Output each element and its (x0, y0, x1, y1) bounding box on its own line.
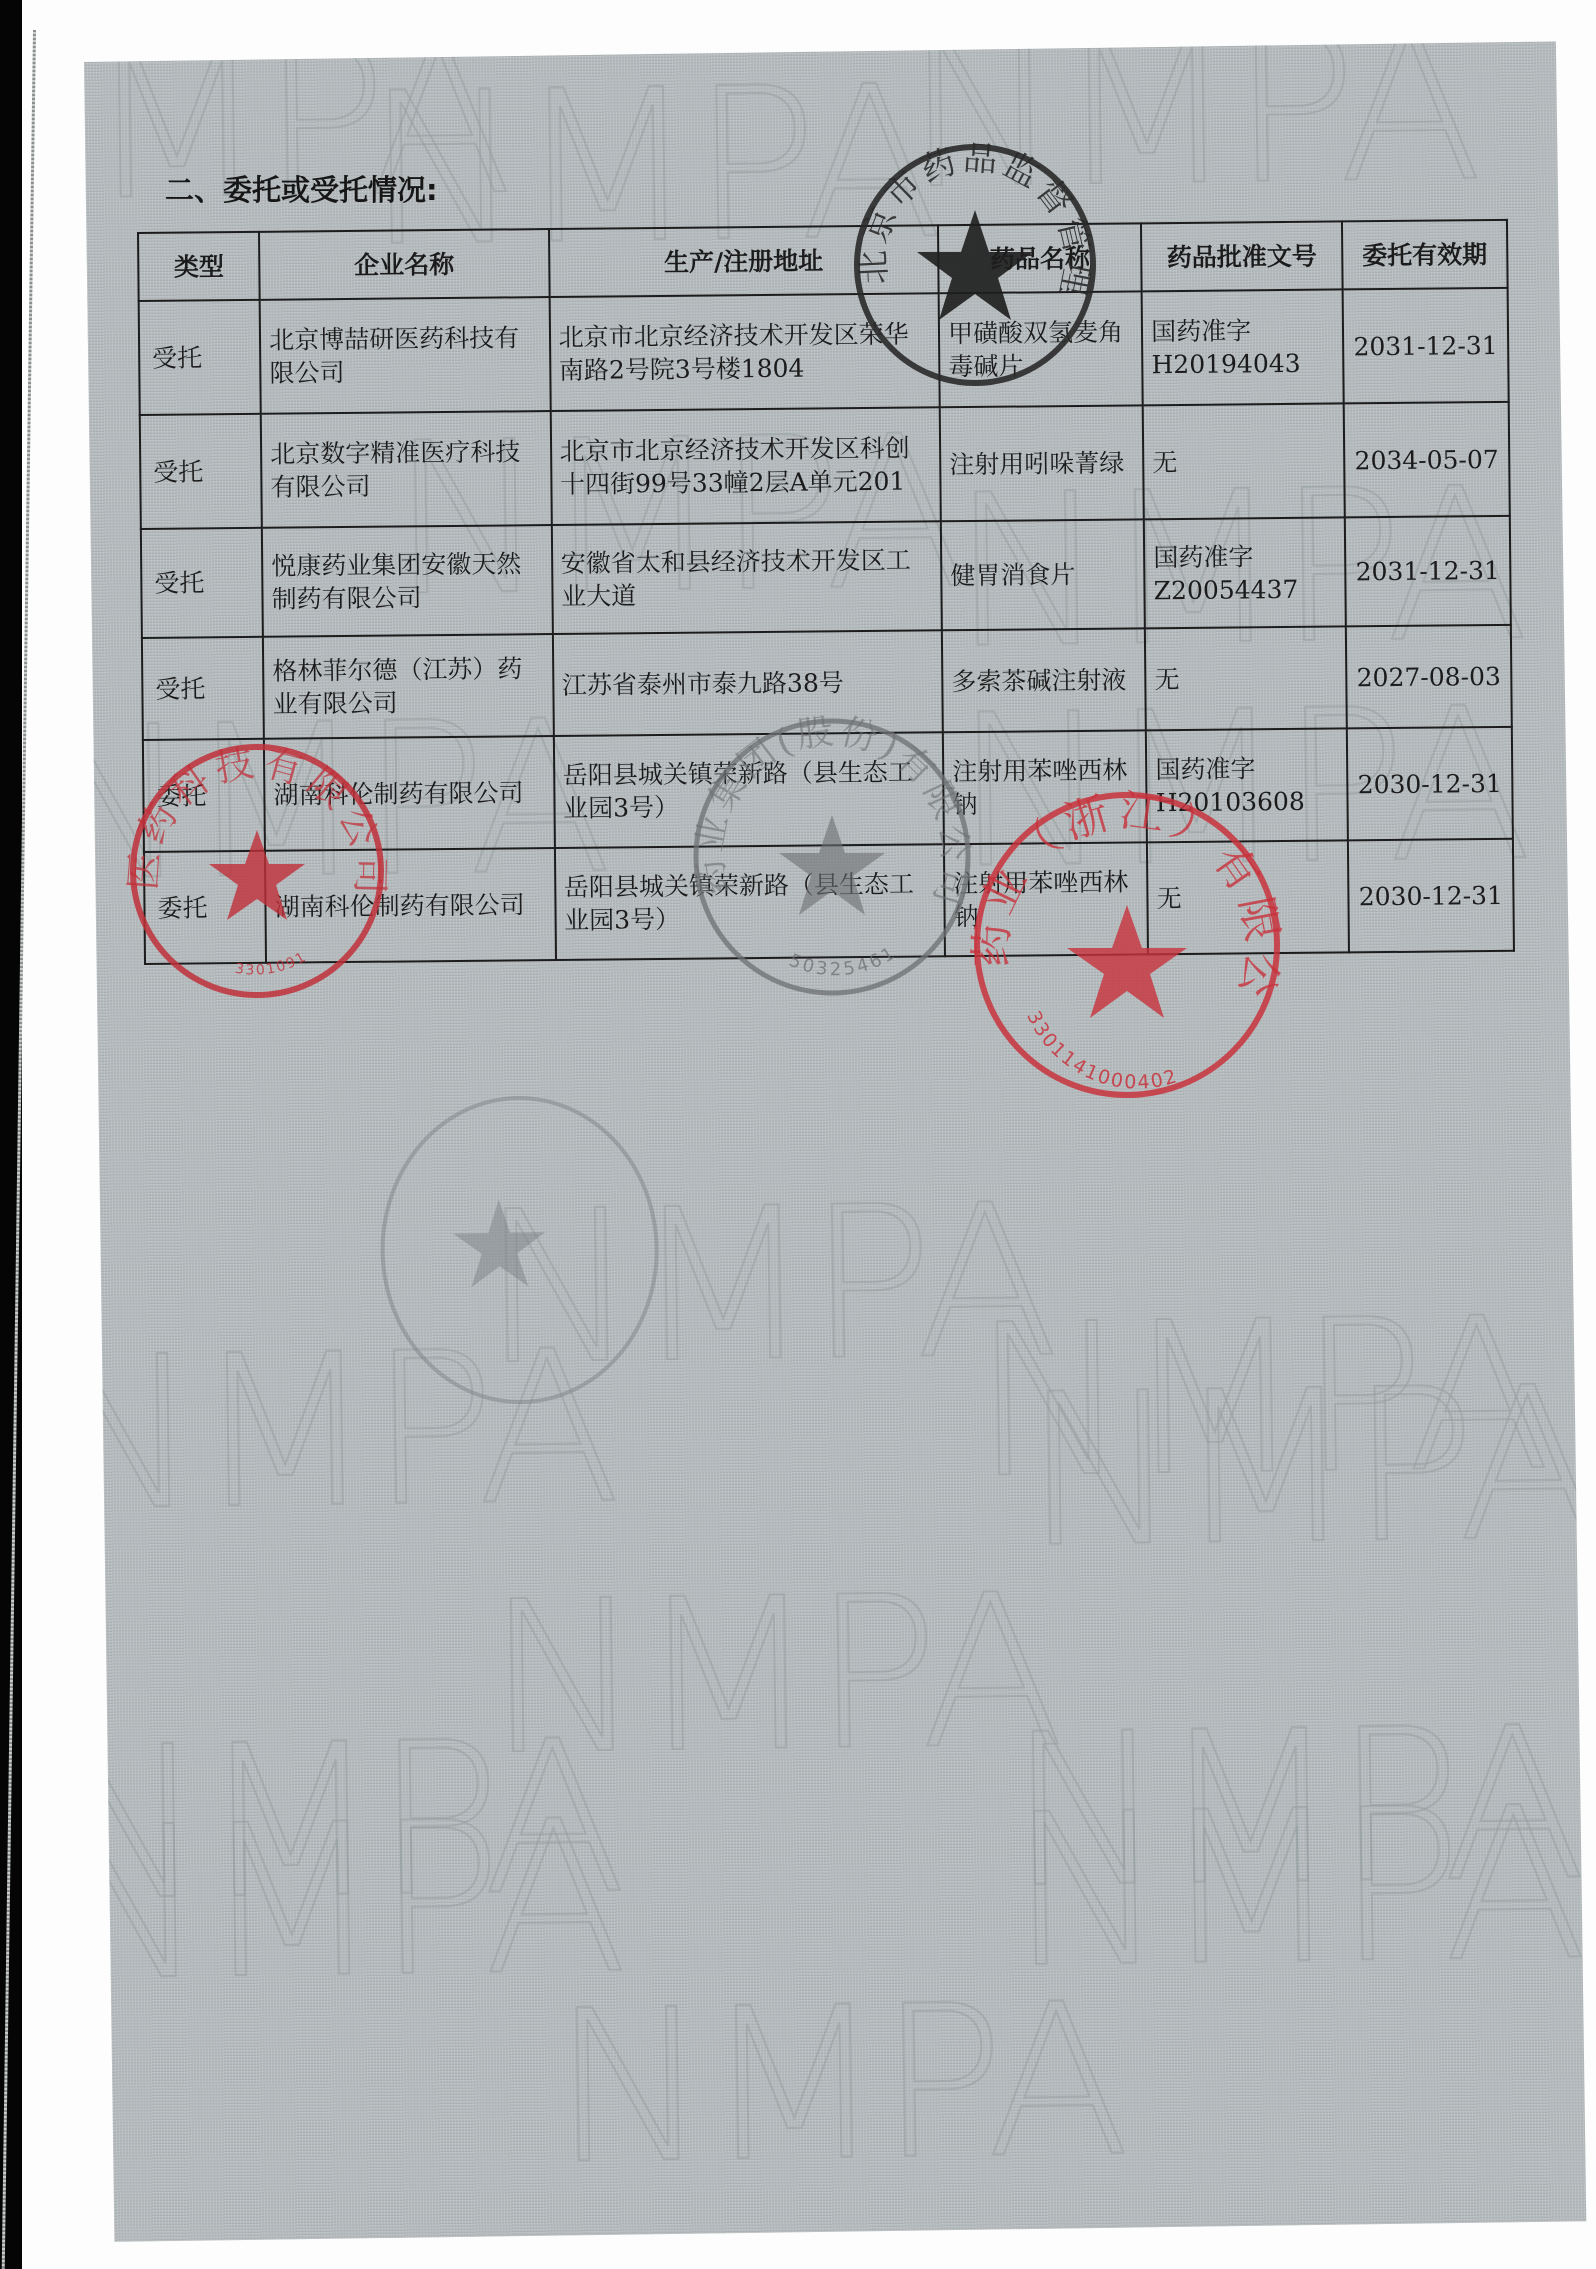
entrustment-table: 类型 企业名称 生产/注册地址 药品名称 药品批准文号 委托有效期 受托 北京博… (137, 219, 1515, 965)
cell-valid-until: 2031-12-31 (1345, 516, 1511, 627)
header-approval: 药品批准文号 (1141, 221, 1342, 291)
cell-company: 湖南科伦制药有限公司 (265, 848, 556, 963)
table-row: 受托 北京数字精准医疗科技有限公司 北京市北京经济技术开发区科创十四街99号33… (140, 402, 1510, 529)
cell-valid-until: 2027-08-03 (1346, 625, 1512, 729)
header-address: 生产/注册地址 (549, 225, 939, 297)
cell-address: 江苏省泰州市泰九路38号 (552, 630, 942, 736)
cell-valid-until: 2030-12-31 (1348, 839, 1514, 953)
cell-address: 北京市北京经济技术开发区荣华南路2号院3号楼1804 (549, 293, 940, 411)
table-row: 委托 湖南科伦制药有限公司 岳阳县城关镇荣新路（县生态工业园3号） 注射用苯唑西… (144, 839, 1514, 964)
cell-drug: 甲磺酸双氢麦角毒碱片 (939, 291, 1143, 407)
cell-address: 岳阳县城关镇荣新路（县生态工业园3号） (553, 732, 944, 848)
cell-type: 受托 (141, 528, 263, 638)
cell-approval: 无 (1145, 626, 1347, 730)
cell-company: 格林菲尔德（江苏）药业有限公司 (263, 634, 553, 739)
cell-approval: 国药准字H20194043 (1142, 289, 1344, 405)
watermark: NMPA (1022, 1341, 1586, 1594)
watermark: NMPA (903, 41, 1478, 235)
star-icon: ★ (445, 1176, 555, 1316)
watermark: NMPA (84, 1775, 623, 2028)
header-company: 企业名称 (259, 229, 549, 300)
cell-valid-until: 2030-12-31 (1347, 727, 1513, 841)
table-row: 受托 格林菲尔德（江苏）药业有限公司 江苏省泰州市泰九路38号 多索茶碱注射液 … (142, 625, 1512, 740)
cell-company: 悦康药业集团安徽天然制药有限公司 (262, 525, 552, 637)
cell-company: 北京数字精准医疗科技有限公司 (261, 411, 552, 528)
header-drug: 药品名称 (938, 223, 1142, 293)
cell-type: 委托 (144, 851, 266, 964)
header-valid-until: 委托有效期 (1342, 220, 1508, 290)
cell-type: 受托 (140, 414, 262, 529)
cell-approval: 国药准字H20103608 (1146, 728, 1348, 842)
header-type: 类型 (138, 232, 260, 301)
cell-approval: 无 (1147, 840, 1349, 954)
cell-company: 北京博喆研医药科技有限公司 (260, 297, 551, 414)
cell-approval: 无 (1143, 403, 1345, 519)
cell-address: 北京市北京经济技术开发区科创十四街99号33幢2层A单元201 (550, 407, 941, 525)
watermark: NMPA (551, 1958, 1126, 2211)
cell-approval: 国药准字Z20054437 (1144, 517, 1346, 628)
cell-type: 委托 (143, 739, 265, 852)
cell-address: 岳阳县城关镇荣新路（县生态工业园3号） (555, 844, 946, 960)
cell-valid-until: 2034-05-07 (1344, 402, 1510, 518)
cell-drug: 注射用苯唑西林钠 (943, 730, 1147, 844)
cell-drug: 注射用吲哚菁绿 (940, 405, 1144, 521)
cell-type: 受托 (139, 300, 261, 415)
section-title: 二、委托或受托情况: (165, 168, 438, 209)
table-row: 受托 北京博喆研医药科技有限公司 北京市北京经济技术开发区荣华南路2号院3号楼1… (139, 288, 1509, 415)
cell-drug: 注射用苯唑西林钠 (944, 842, 1148, 956)
cell-drug: 多索茶碱注射液 (942, 628, 1146, 732)
cell-company: 湖南科伦制药有限公司 (264, 736, 555, 851)
cell-type: 受托 (142, 637, 264, 740)
cell-drug: 健胃消食片 (941, 519, 1145, 630)
table-row: 受托 悦康药业集团安徽天然制药有限公司 安徽省太和县经济技术开发区工业大道 健胃… (141, 516, 1511, 638)
table-row: 委托 湖南科伦制药有限公司 岳阳县城关镇荣新路（县生态工业园3号） 注射用苯唑西… (143, 727, 1513, 852)
cell-address: 安徽省太和县经济技术开发区工业大道 (551, 521, 941, 634)
cell-valid-until: 2031-12-31 (1342, 288, 1508, 404)
